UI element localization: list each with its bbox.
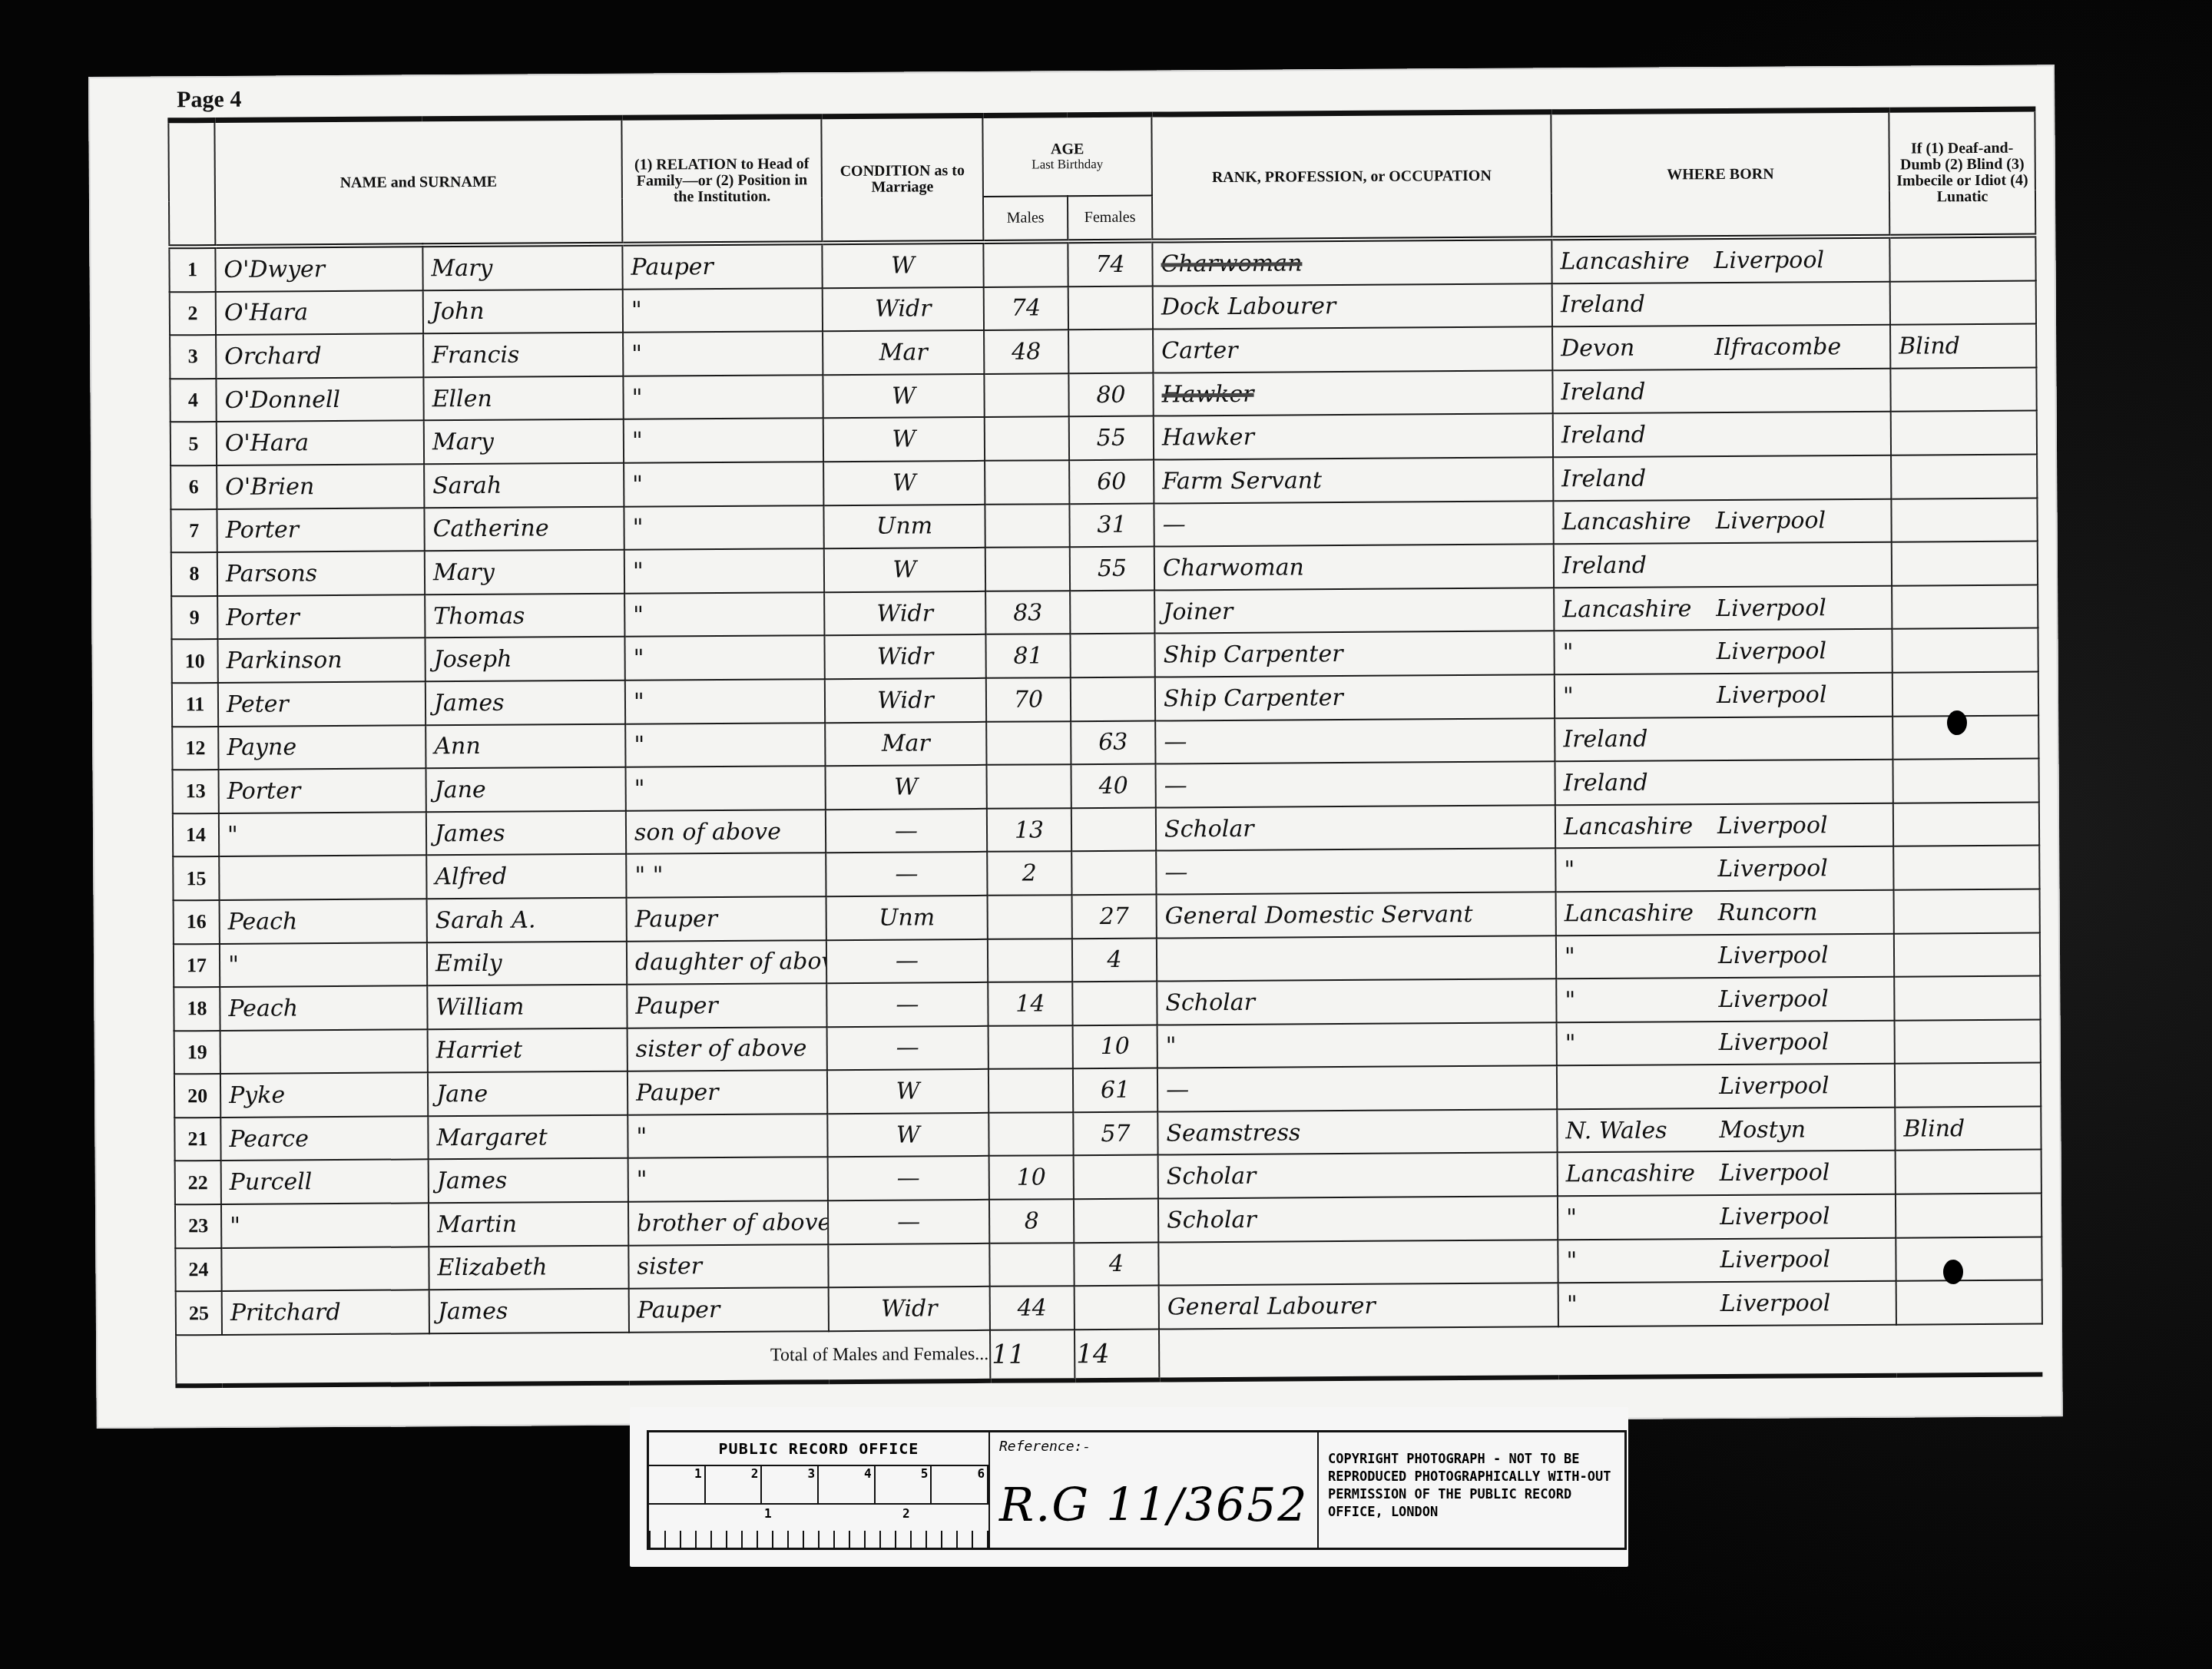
born-place: Mostyn	[1719, 1116, 1806, 1144]
occupation-cell: —	[1155, 718, 1555, 764]
row-number: 22	[175, 1161, 221, 1204]
condition-cell: Unm	[823, 504, 985, 548]
first-name-cell: Emily	[427, 941, 627, 985]
header-age: AGE Last Birthday	[982, 114, 1152, 196]
cm-tick: 2	[706, 1466, 763, 1503]
age-female-cell: 10	[1073, 1025, 1157, 1068]
row-number: 24	[175, 1248, 221, 1292]
age-female-cell	[1075, 1286, 1159, 1330]
where-born-cell: LancashireLiverpool	[1558, 1151, 1896, 1196]
first-name-cell: Sarah	[424, 463, 624, 508]
surname-cell: Parkinson	[217, 638, 425, 683]
row-number: 19	[174, 1031, 220, 1075]
infirmity-cell	[1893, 846, 2039, 890]
first-name-cell: James	[429, 1158, 628, 1203]
born-county: "	[1565, 1030, 1719, 1058]
row-number: 12	[172, 727, 218, 770]
row-number: 1	[169, 247, 215, 292]
surname-cell: O'Hara	[216, 290, 423, 335]
infirmity-cell	[1890, 367, 2036, 412]
surname-cell: "	[219, 812, 426, 856]
surname-cell	[219, 856, 426, 900]
cm-tick: 3	[762, 1466, 819, 1503]
relation-cell: Pauper	[627, 983, 826, 1028]
header-males: Males	[983, 196, 1068, 242]
surname-cell: O'Brien	[217, 464, 424, 508]
born-place: Liverpool	[1720, 1203, 1830, 1230]
condition-cell: W	[823, 374, 984, 419]
born-place: Liverpool	[1720, 1290, 1831, 1317]
relation-cell: " "	[626, 853, 826, 897]
where-born-cell: Ireland	[1553, 412, 1891, 457]
where-born-cell: Liverpool	[1557, 1064, 1895, 1109]
condition-cell: Widr	[825, 678, 986, 723]
surname-cell: "	[221, 1203, 429, 1247]
occupation-cell: Scholar	[1158, 1153, 1558, 1199]
relation-cell: sister of above	[628, 1027, 827, 1071]
age-male-cell: 74	[984, 286, 1068, 330]
first-name-cell: Margaret	[428, 1115, 628, 1160]
infirmity-cell	[1895, 1019, 2041, 1064]
born-place: Liverpool	[1718, 942, 1829, 969]
condition-cell: W	[822, 242, 983, 288]
born-county: "	[1567, 1290, 1720, 1318]
relation-cell: "	[623, 331, 823, 376]
first-name-cell: Ellen	[423, 376, 623, 421]
pro-reference-panel: Reference:- R.G 11/3652	[990, 1432, 1319, 1548]
age-male-cell: 14	[988, 982, 1072, 1025]
occupation-cell: General Domestic Servant	[1157, 892, 1556, 938]
copyright-notice: COPYRIGHT PHOTOGRAPH - NOT TO BE REPRODU…	[1319, 1432, 1624, 1548]
age-male-cell	[983, 241, 1068, 286]
born-county: Lancashire	[1561, 508, 1715, 535]
age-female-cell: 74	[1068, 241, 1152, 286]
age-male-cell	[986, 764, 1071, 808]
born-county: "	[1565, 986, 1718, 1014]
born-place: Liverpool	[1718, 985, 1829, 1013]
header-condition: CONDITION as to Marriage	[821, 115, 983, 243]
age-female-cell	[1071, 807, 1156, 851]
where-born-cell: LancashireLiverpool	[1553, 498, 1891, 544]
condition-cell: W	[825, 765, 986, 810]
relation-cell: "	[628, 1157, 828, 1202]
where-born-cell: Ireland	[1552, 368, 1890, 413]
header-name: NAME and SURNAME	[214, 118, 622, 247]
infirmity-cell	[1895, 1063, 2041, 1108]
header-occupation: RANK, PROFESSION, or OCCUPATION	[1151, 112, 1551, 241]
infirmity-cell	[1894, 889, 2040, 933]
surname-cell: Payne	[218, 725, 426, 770]
condition-cell: W	[824, 548, 985, 592]
infirmity-cell	[1891, 411, 2037, 455]
condition-cell: Unm	[826, 896, 988, 940]
born-county: "	[1566, 1204, 1720, 1231]
condition-cell: W	[827, 1069, 988, 1114]
condition-cell: —	[828, 1156, 989, 1200]
born-county: Lancashire	[1560, 247, 1714, 275]
age-male-cell: 44	[990, 1286, 1075, 1330]
age-female-cell	[1074, 1155, 1158, 1199]
inch-tick: 2	[902, 1506, 910, 1521]
born-county	[1565, 1094, 1719, 1094]
cm-tick: 6	[932, 1466, 988, 1503]
relation-cell: daughter of above	[627, 940, 826, 985]
surname-cell: Porter	[217, 508, 424, 552]
age-male-cell	[985, 504, 1069, 548]
infirmity-cell	[1889, 236, 2035, 282]
where-born-cell: "Liverpool	[1558, 1194, 1896, 1240]
first-name-cell: Joseph	[425, 637, 624, 681]
age-female-cell	[1071, 677, 1155, 720]
occupation-cell: Carter	[1153, 327, 1552, 373]
born-county: N. Wales	[1565, 1117, 1719, 1144]
born-county: Lancashire	[1562, 595, 1716, 623]
ink-blot	[1947, 710, 1967, 735]
first-name-cell: Mary	[422, 244, 622, 290]
first-name-cell: James	[429, 1289, 629, 1333]
age-male-cell	[985, 460, 1069, 504]
occupation-cell: Scholar	[1156, 805, 1555, 851]
occupation-cell: —	[1156, 761, 1555, 807]
surname-cell	[221, 1247, 429, 1291]
born-county: Lancashire	[1566, 1160, 1720, 1187]
relation-cell: "	[625, 723, 825, 767]
where-born-cell: "Liverpool	[1556, 933, 1894, 979]
born-county: Ireland	[1561, 378, 1714, 406]
born-place: Liverpool	[1717, 812, 1828, 839]
public-record-office-label: PUBLIC RECORD OFFICE 1 2 3 4 5 6 1 2 Ref…	[630, 1407, 1628, 1567]
row-number: 11	[172, 683, 218, 727]
occupation-cell: Ship Carpenter	[1154, 631, 1554, 677]
first-name-cell: James	[426, 810, 626, 855]
condition-cell: —	[826, 982, 988, 1027]
born-place: Ilfracombe	[1714, 333, 1841, 361]
condition-cell: Mar	[825, 721, 986, 766]
totals-label: Total of Males and Females...	[176, 1330, 990, 1386]
relation-cell: sister	[628, 1244, 828, 1289]
occupation-cell: —	[1156, 849, 1555, 895]
age-female-cell	[1068, 329, 1153, 373]
first-name-cell: William	[427, 985, 627, 1029]
first-name-cell: Francis	[423, 333, 623, 377]
age-male-cell: 83	[985, 591, 1070, 634]
row-number: 7	[171, 509, 217, 553]
relation-cell: Pauper	[627, 896, 826, 941]
born-county: Ireland	[1563, 725, 1717, 753]
age-female-cell	[1072, 982, 1157, 1025]
age-female-cell: 4	[1072, 938, 1157, 982]
row-number: 10	[171, 639, 217, 683]
age-female-cell: 27	[1072, 894, 1157, 938]
first-name-cell: Sarah A.	[427, 898, 627, 942]
totals-females: 14	[1075, 1329, 1159, 1380]
age-female-cell: 31	[1069, 503, 1154, 547]
infirmity-cell: Blind	[1895, 1106, 2041, 1151]
occupation-cell: Seamstress	[1157, 1109, 1557, 1155]
header-row-no	[168, 120, 215, 247]
condition-cell: W	[823, 461, 985, 505]
where-born-cell: Ireland	[1555, 760, 1892, 805]
where-born-cell: LancashireLiverpool	[1554, 585, 1892, 631]
first-name-cell: Mary	[424, 419, 624, 464]
condition-cell: W	[827, 1113, 988, 1157]
surname-cell: Pearce	[220, 1116, 428, 1161]
age-male-cell: 2	[987, 852, 1071, 896]
age-male-cell: 10	[989, 1156, 1074, 1200]
row-number: 21	[174, 1118, 220, 1161]
surname-cell: Pritchard	[222, 1290, 429, 1335]
infirmity-cell	[1892, 759, 2038, 803]
relation-cell: "	[628, 1114, 827, 1158]
born-place: Liverpool	[1714, 247, 1824, 274]
age-male-cell: 13	[987, 808, 1071, 852]
surname-cell: O'Hara	[217, 421, 424, 465]
age-female-cell: 4	[1074, 1242, 1158, 1286]
infirmity-cell	[1892, 628, 2038, 673]
row-number: 5	[171, 422, 217, 465]
row-number: 2	[170, 292, 216, 336]
first-name-cell: Elizabeth	[429, 1245, 628, 1290]
where-born-cell: "Liverpool	[1554, 629, 1892, 674]
first-name-cell: Alfred	[426, 854, 626, 899]
occupation-cell: —	[1154, 501, 1553, 547]
where-born-cell: N. WalesMostyn	[1557, 1108, 1895, 1153]
born-county: "	[1566, 1247, 1720, 1275]
row-number: 14	[173, 813, 219, 857]
cm-tick: 5	[876, 1466, 932, 1503]
totals-blank	[1159, 1323, 2042, 1379]
born-county: Lancashire	[1565, 899, 1718, 927]
occupation-cell: "	[1157, 1022, 1557, 1068]
infirmity-cell	[1894, 932, 2040, 977]
condition-cell: —	[826, 809, 987, 853]
row-number: 6	[171, 465, 217, 509]
row-number: 8	[171, 552, 217, 596]
age-female-cell	[1068, 286, 1153, 329]
condition-cell: —	[826, 852, 987, 896]
infirmity-cell	[1892, 541, 2038, 586]
surname-cell: Porter	[219, 768, 426, 813]
age-female-cell: 80	[1068, 373, 1153, 416]
surname-cell: Peach	[220, 899, 427, 943]
totals-males: 11	[990, 1330, 1075, 1381]
relation-cell: Pauper	[622, 243, 822, 289]
surname-cell: Parsons	[217, 551, 425, 595]
surname-cell: Purcell	[221, 1160, 429, 1204]
born-county: "	[1563, 682, 1717, 710]
condition-cell: Widr	[824, 591, 985, 636]
age-female-cell: 61	[1073, 1068, 1157, 1112]
infirmity-cell	[1890, 280, 2036, 325]
occupation-cell: General Labourer	[1159, 1283, 1558, 1330]
first-name-cell: Martin	[429, 1202, 628, 1247]
condition-cell	[828, 1243, 989, 1288]
where-born-cell: Ireland	[1553, 455, 1891, 501]
surname-cell: O'Dwyer	[215, 245, 422, 291]
relation-cell: "	[624, 592, 824, 637]
relation-cell: "	[624, 636, 824, 681]
where-born-cell: LancashireLiverpool	[1555, 803, 1893, 848]
pro-scale-panel: PUBLIC RECORD OFFICE 1 2 3 4 5 6 1 2	[649, 1432, 990, 1548]
relation-cell: "	[624, 419, 823, 463]
first-name-cell: John	[423, 289, 623, 333]
age-male-cell: 81	[985, 634, 1070, 678]
first-name-cell: Mary	[425, 550, 624, 594]
occupation-cell: Charwoman	[1154, 545, 1554, 591]
row-number: 25	[176, 1291, 222, 1335]
born-county: "	[1563, 638, 1717, 666]
surname-cell: O'Donnell	[216, 377, 423, 422]
age-male-cell	[986, 721, 1071, 765]
first-name-cell: Thomas	[425, 593, 624, 637]
condition-cell: —	[828, 1200, 989, 1244]
where-born-cell: "Liverpool	[1555, 673, 1892, 718]
born-county: Ireland	[1561, 421, 1715, 449]
cm-tick: 4	[819, 1466, 876, 1503]
row-number: 13	[173, 770, 219, 813]
occupation-cell: Scholar	[1157, 979, 1556, 1025]
age-male-cell	[989, 1243, 1074, 1287]
occupation-cell: —	[1157, 1066, 1557, 1112]
age-male-cell: 8	[989, 1199, 1074, 1243]
condition-cell: W	[823, 417, 985, 462]
age-female-cell: 60	[1069, 460, 1154, 504]
age-male-cell	[988, 1068, 1073, 1112]
age-male-cell	[985, 417, 1069, 461]
first-name-cell: Harriet	[428, 1028, 628, 1072]
occupation-cell: Hawker	[1153, 370, 1552, 416]
age-male-cell: 70	[986, 677, 1071, 721]
surname-cell: "	[220, 942, 427, 987]
pro-label-frame: PUBLIC RECORD OFFICE 1 2 3 4 5 6 1 2 Ref…	[647, 1430, 1627, 1550]
age-female-cell: 40	[1071, 764, 1155, 808]
relation-cell: Pauper	[629, 1287, 829, 1332]
surname-cell: Pyke	[220, 1073, 428, 1118]
occupation-cell: Farm Servant	[1154, 457, 1553, 503]
row-number: 23	[175, 1204, 221, 1248]
header-where-born: WHERE BORN	[1551, 110, 1889, 238]
inch-scale: 1 2	[649, 1505, 988, 1548]
page-number: Page 4	[177, 87, 241, 114]
age-female-cell	[1070, 590, 1154, 634]
row-number: 17	[174, 943, 220, 987]
relation-cell: "	[626, 766, 826, 810]
census-rows: 1O'DwyerMaryPauperW74CharwomanLancashire…	[169, 236, 2042, 1336]
condition-cell: Mar	[823, 330, 984, 375]
surname-cell: Peach	[220, 985, 427, 1030]
condition-cell: —	[826, 939, 988, 983]
age-female-cell: 55	[1070, 547, 1154, 591]
where-born-cell: "Liverpool	[1558, 1237, 1896, 1283]
row-number: 3	[170, 335, 216, 379]
born-place: Runcorn	[1718, 899, 1818, 926]
age-female-cell	[1071, 851, 1156, 895]
relation-cell: brother of above	[628, 1200, 828, 1245]
header-age-sub: Last Birthday	[987, 157, 1148, 171]
where-born-cell: "Liverpool	[1558, 1281, 1896, 1326]
where-born-cell: LancashireLiverpool	[1551, 237, 1889, 283]
first-name-cell: Catherine	[424, 506, 624, 551]
relation-cell: "	[623, 288, 823, 333]
occupation-cell: Dock Labourer	[1153, 283, 1552, 329]
header-infirmity: If (1) Deaf-and-Dumb (2) Blind (3) Imbec…	[1889, 109, 2035, 237]
reference-value: R.G 11/3652	[999, 1479, 1309, 1532]
census-page: Page 4 NAME and SURNAME (1) RELATION to …	[88, 65, 2063, 1429]
where-born-cell: "Liverpool	[1556, 977, 1894, 1022]
infirmity-cell	[1896, 1150, 2041, 1194]
born-place: Liverpool	[1720, 1159, 1830, 1187]
born-county: "	[1565, 942, 1718, 970]
infirmity-cell: Blind	[1890, 324, 2036, 369]
born-county: Ireland	[1564, 769, 1717, 796]
where-born-cell: DevonIlfracombe	[1552, 325, 1890, 370]
born-county: Lancashire	[1564, 813, 1717, 840]
occupation-cell: Ship Carpenter	[1155, 674, 1555, 720]
infirmity-cell	[1891, 454, 2037, 498]
born-place: Liverpool	[1719, 1029, 1830, 1057]
age-female-cell: 63	[1071, 720, 1155, 764]
relation-cell: "	[623, 375, 823, 419]
born-place: Liverpool	[1716, 594, 1826, 622]
infirmity-cell	[1896, 1280, 2042, 1325]
surname-cell	[220, 1029, 428, 1074]
infirmity-cell	[1894, 976, 2040, 1021]
born-county: Ireland	[1562, 551, 1716, 579]
age-male-cell	[988, 939, 1072, 982]
age-female-cell	[1070, 634, 1154, 677]
infirmity-cell	[1896, 1237, 2041, 1281]
relation-cell: son of above	[626, 810, 826, 854]
born-place: Liverpool	[1717, 637, 1827, 665]
row-number: 16	[174, 900, 220, 944]
age-female-cell: 55	[1069, 416, 1154, 460]
born-county: Ireland	[1561, 290, 1714, 318]
where-born-cell: LancashireRuncorn	[1556, 890, 1894, 936]
first-name-cell: Jane	[428, 1071, 628, 1116]
pro-title: PUBLIC RECORD OFFICE	[649, 1432, 988, 1466]
first-name-cell: Ann	[426, 724, 625, 768]
inch-tick: 1	[764, 1506, 772, 1521]
born-place: Liverpool	[1720, 1247, 1830, 1274]
occupation-cell: Charwoman	[1152, 238, 1551, 286]
condition-cell: Widr	[823, 286, 984, 331]
surname-cell: Peter	[218, 681, 426, 726]
occupation-cell: Hawker	[1154, 414, 1553, 460]
relation-cell: "	[624, 462, 823, 506]
age-male-cell: 48	[984, 329, 1068, 373]
born-place: Liverpool	[1715, 508, 1826, 535]
born-place: Liverpool	[1719, 1072, 1830, 1100]
first-name-cell: James	[426, 681, 625, 725]
row-number: 18	[174, 987, 220, 1031]
reference-label: Reference:-	[999, 1439, 1091, 1455]
relation-cell: Pauper	[628, 1070, 827, 1114]
where-born-cell: "Liverpool	[1555, 846, 1893, 892]
occupation-cell: Scholar	[1158, 1196, 1558, 1242]
condition-cell: Widr	[829, 1287, 990, 1331]
first-name-cell: Jane	[426, 767, 626, 812]
row-number: 15	[173, 856, 219, 900]
surname-cell: Porter	[217, 594, 425, 639]
infirmity-cell	[1892, 584, 2038, 629]
infirmity-cell	[1892, 671, 2038, 716]
condition-cell: Widr	[824, 634, 985, 679]
condition-cell: —	[827, 1026, 988, 1071]
born-county: Devon	[1561, 334, 1714, 362]
row-number: 9	[171, 596, 217, 640]
where-born-cell: Ireland	[1555, 716, 1892, 761]
census-table: NAME and SURNAME (1) RELATION to Head of…	[167, 107, 2043, 1389]
